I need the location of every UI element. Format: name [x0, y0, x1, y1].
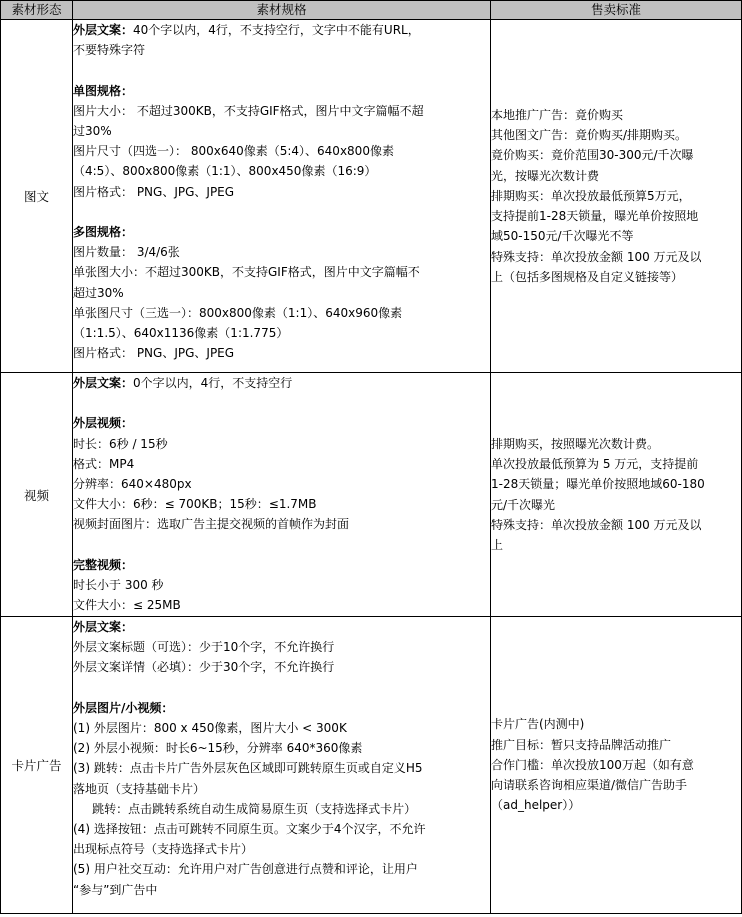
sale-line: 上（包括多图规格及自定义链接等）	[491, 267, 741, 287]
header-row: 素材形态 素材规格 售卖标准	[1, 1, 742, 20]
spec-line: (1) 外层图片：800 x 450像素，图片大小 < 300K	[73, 718, 490, 738]
sale-line: 域50-150元/千次曝光不等	[491, 226, 741, 246]
sale-line: 元/千次曝光	[491, 495, 741, 515]
spec-text: 图片格式： PNG、JPG、JPEG	[73, 185, 234, 199]
spec-line: 视频封面图片：选取广告主提交视频的首帧作为封面	[73, 514, 490, 534]
spec-line: 外层视频：	[73, 413, 490, 433]
sale-line: 上	[491, 535, 741, 555]
spec-line: (3) 跳转：点击卡片广告外层灰色区域即可跳转原生页或自定义H5	[73, 758, 490, 778]
spec-line: 外层图片/小视频：	[73, 698, 490, 718]
spec-line: (5) 用户社交互动：允许用户对广告创意进行点赞和评论，让用户	[73, 859, 490, 879]
spec-line: 不要特殊字符	[73, 40, 490, 60]
sale-line: 竟价购买：竟价范围30-300元/千次曝	[491, 145, 741, 165]
sale-line: 其他图文广告：竟价购买/排期购买。	[491, 125, 741, 145]
spec-line: 超过30%	[73, 283, 490, 303]
spec-heading: 多图规格：	[73, 225, 133, 239]
spec-text: 出现标点符号（支持选择式卡片）	[73, 842, 253, 856]
spec-text: 文件大小：≤ 25MB	[73, 598, 181, 612]
spec-text: (5) 用户社交互动：允许用户对广告创意进行点赞和评论，让用户	[73, 862, 418, 876]
sale-line: 排期购买，按照曝光次数计费。	[491, 434, 741, 454]
spec-text: (2) 外层小视频：时长6~15秒，分辨率 640*360像素	[73, 741, 362, 755]
spec-line: 外层文案标题（可选）：少于10个字，不允许换行	[73, 637, 490, 657]
spec-line: （1:1.5）、640x1136像素（1:1.775）	[73, 323, 490, 343]
sale-line: 支持提前1-28天锁量，曝光单价按照地	[491, 206, 741, 226]
spec-line: 时长小于 300 秒	[73, 575, 490, 595]
spec-line: 落地页（支持基础卡片）	[73, 779, 490, 799]
spec-line: 外层文案：	[73, 617, 490, 637]
sale-line: 合作门槛：单次投放100万起（如有意	[491, 755, 741, 775]
spec-text: 单张图大小：不超过300KB，不支持GIF格式，图片中文字篇幅不	[73, 265, 420, 279]
sale-cell: 排期购买，按照曝光次数计费。单次投放最低预算为 5 万元，支持提前1-28天锁量…	[491, 373, 742, 617]
spec-text: 外层文案标题（可选）：少于10个字，不允许换行	[73, 640, 334, 654]
spec-text: 不要特殊字符	[73, 43, 145, 57]
table-row-image-text: 图文 外层文案：40个字以内，4行，不支持空行，文字中不能有URL，不要特殊字符…	[1, 20, 742, 373]
spec-heading: 外层视频：	[73, 416, 133, 430]
blank-line	[73, 678, 490, 698]
spec-text: 40个字以内，4行，不支持空行，文字中不能有URL，	[133, 23, 420, 37]
spec-line: 多图规格：	[73, 222, 490, 242]
spec-line: 格式：MP4	[73, 454, 490, 474]
blank-line	[73, 393, 490, 413]
sale-line: （ad_helper））	[491, 795, 741, 815]
spec-text: 图片格式： PNG、JPG、JPEG	[73, 346, 234, 360]
kind-cell: 图文	[1, 20, 73, 373]
spec-cell: 外层文案：外层文案标题（可选）：少于10个字，不允许换行外层文案详情（必填）：少…	[73, 617, 491, 914]
kind-cell: 卡片广告	[1, 617, 73, 914]
sale-line: 单次投放最低预算为 5 万元，支持提前	[491, 454, 741, 474]
spec-line: 外层文案：40个字以内，4行，不支持空行，文字中不能有URL，	[73, 20, 490, 40]
spec-cell: 外层文案：40个字以内，4行，不支持空行，文字中不能有URL，不要特殊字符单图规…	[73, 20, 491, 373]
spec-line: （4:5）、800x800像素（1:1）、800x450像素（16:9）	[73, 161, 490, 181]
header-spec: 素材规格	[73, 1, 491, 20]
spec-line: 图片尺寸（四选一）： 800x640像素（5:4）、640x800像素	[73, 141, 490, 161]
spec-heading: 完整视频：	[73, 558, 133, 572]
spec-heading: 单图规格：	[73, 84, 133, 98]
spec-line: 出现标点符号（支持选择式卡片）	[73, 839, 490, 859]
spec-text: 0个字以内，4行，不支持空行	[133, 376, 292, 390]
spec-line: 图片格式： PNG、JPG、JPEG	[73, 343, 490, 363]
ad-spec-table: 素材形态 素材规格 售卖标准 图文 外层文案：40个字以内，4行，不支持空行，文…	[0, 0, 742, 914]
spec-heading: 外层图片/小视频：	[73, 701, 173, 715]
sale-line: 光，按曝光次数计费	[491, 166, 741, 186]
header-sale: 售卖标准	[491, 1, 742, 20]
spec-line: 外层文案详情（必填）：少于30个字，不允许换行	[73, 657, 490, 677]
spec-text: 图片尺寸（四选一）： 800x640像素（5:4）、640x800像素	[73, 144, 394, 158]
spec-text: 视频封面图片：选取广告主提交视频的首帧作为封面	[73, 517, 349, 531]
blank-line	[73, 202, 490, 222]
sale-cell: 卡片广告(内测中)推广目标：暂只支持品牌活动推广合作门槛：单次投放100万起（如…	[491, 617, 742, 914]
spec-line: 图片数量： 3/4/6张	[73, 242, 490, 262]
spec-text: 过30%	[73, 124, 112, 138]
spec-text: (1) 外层图片：800 x 450像素，图片大小 < 300K	[73, 721, 347, 735]
spec-line: (4) 选择按钮：点击可跳转不同原生页。文案少于4个汉字，不允许	[73, 819, 490, 839]
sale-line: 排期购买：单次投放最低预算5万元，	[491, 186, 741, 206]
spec-text: 时长：6秒 / 15秒	[73, 437, 168, 451]
table-row-card-ad: 卡片广告 外层文案：外层文案标题（可选）：少于10个字，不允许换行外层文案详情（…	[1, 617, 742, 914]
spec-line: “参与”到广告中	[73, 880, 490, 900]
spec-text: (4) 选择按钮：点击可跳转不同原生页。文案少于4个汉字，不允许	[73, 822, 425, 836]
spec-text: (3) 跳转：点击卡片广告外层灰色区域即可跳转原生页或自定义H5	[73, 761, 422, 775]
spec-line: 跳转：点击跳转系统自动生成简易原生页（支持选择式卡片）	[73, 799, 490, 819]
header-kind: 素材形态	[1, 1, 73, 20]
spec-line: 文件大小：6秒：≤ 700KB；15秒：≤1.7MB	[73, 494, 490, 514]
spec-line: 单张图大小：不超过300KB，不支持GIF格式，图片中文字篇幅不	[73, 262, 490, 282]
spec-line: 时长：6秒 / 15秒	[73, 434, 490, 454]
spec-text: 图片大小： 不超过300KB，不支持GIF格式，图片中文字篇幅不超	[73, 104, 424, 118]
spec-text: 格式：MP4	[73, 457, 134, 471]
kind-cell: 视频	[1, 373, 73, 617]
spec-line: 图片格式： PNG、JPG、JPEG	[73, 182, 490, 202]
sale-cell: 本地推广广告：竟价购买其他图文广告：竟价购买/排期购买。竟价购买：竟价范围30-…	[491, 20, 742, 373]
spec-line: 外层文案：0个字以内，4行，不支持空行	[73, 373, 490, 393]
spec-text: 分辨率：640×480px	[73, 477, 192, 491]
sale-line: 本地推广广告：竟价购买	[491, 105, 741, 125]
spec-cell: 外层文案：0个字以内，4行，不支持空行外层视频：时长：6秒 / 15秒格式：MP…	[73, 373, 491, 617]
spec-line: 过30%	[73, 121, 490, 141]
spec-text: 落地页（支持基础卡片）	[73, 782, 205, 796]
spec-text: （4:5）、800x800像素（1:1）、800x450像素（16:9）	[73, 164, 376, 178]
spec-line: 文件大小：≤ 25MB	[73, 595, 490, 615]
spec-text: 超过30%	[73, 286, 124, 300]
sale-line: 1-28天锁量；曝光单价按照地域60-180	[491, 474, 741, 494]
spec-line: 分辨率：640×480px	[73, 474, 490, 494]
spec-line: 图片大小： 不超过300KB，不支持GIF格式，图片中文字篇幅不超	[73, 101, 490, 121]
sale-line: 卡片广告(内测中)	[491, 714, 741, 734]
spec-heading: 外层文案：	[73, 23, 133, 37]
sale-line: 推广目标：暂只支持品牌活动推广	[491, 735, 741, 755]
blank-line	[73, 60, 490, 80]
spec-text: 单张图尺寸（三选一）：800x800像素（1:1）、640x960像素	[73, 306, 402, 320]
table-row-video: 视频 外层文案：0个字以内，4行，不支持空行外层视频：时长：6秒 / 15秒格式…	[1, 373, 742, 617]
spec-text: （1:1.5）、640x1136像素（1:1.775）	[73, 326, 288, 340]
spec-line: 完整视频：	[73, 555, 490, 575]
spec-line: (2) 外层小视频：时长6~15秒，分辨率 640*360像素	[73, 738, 490, 758]
spec-line: 单张图尺寸（三选一）：800x800像素（1:1）、640x960像素	[73, 303, 490, 323]
spec-text: 图片数量： 3/4/6张	[73, 245, 180, 259]
sale-line: 向请联系咨询相应渠道/微信广告助手	[491, 775, 741, 795]
sale-line: 特殊支持：单次投放金额 100 万元及以	[491, 247, 741, 267]
spec-text: 时长小于 300 秒	[73, 578, 164, 592]
spec-heading: 外层文案：	[73, 620, 133, 634]
spec-text: 外层文案详情（必填）：少于30个字，不允许换行	[73, 660, 334, 674]
spec-text: 跳转：点击跳转系统自动生成简易原生页（支持选择式卡片）	[73, 802, 416, 816]
blank-line	[73, 535, 490, 555]
spec-line: 单图规格：	[73, 81, 490, 101]
spec-text: 文件大小：6秒：≤ 700KB；15秒：≤1.7MB	[73, 497, 317, 511]
spec-heading: 外层文案：	[73, 376, 133, 390]
sale-line: 特殊支持：单次投放金额 100 万元及以	[491, 515, 741, 535]
spec-text: “参与”到广告中	[73, 883, 157, 897]
